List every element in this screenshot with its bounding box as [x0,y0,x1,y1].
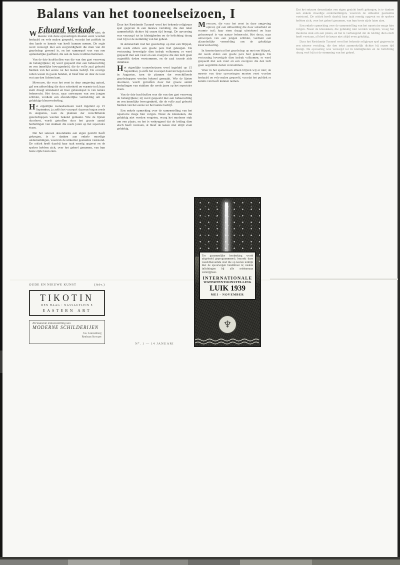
body-paragraph: Dat het seizoen desondanks een eigen gez… [29,131,105,153]
drop-cap: H [29,105,35,111]
adv-label: (Adv.) [94,283,105,287]
body-paragraph: Mevrouw, die voor het eerst in deze omge… [198,22,271,47]
ad-section-heading: OUDE EN NIEUWE KUNST [29,283,76,287]
body-paragraph: Van de drie hoofdrollen was die van den … [29,58,105,80]
drop-cap: H [117,66,123,72]
body-paragraph: Waar in het spelseizoen alleen blijven w… [198,69,271,83]
body-paragraph: Het eigenlijke tooneelseizoen werd ingel… [117,66,192,91]
body-paragraph: Van de drie hoofdrollen was die van den … [117,93,192,107]
scanned-newspaper-screenshot: Balans van het tooneelseizoen, I Eduard … [0,0,400,565]
body-paragraph: Dat het seizoen desondanks een eigen gez… [296,8,394,22]
paintings-ad-sig-line2: Renbaan Strooper [33,335,102,338]
drop-cap: M [198,22,206,28]
tikotin-ad-address: DEN HAAG : NASSAUPLEIN 8 [30,304,104,307]
liege-ad-title-line4: MEI - NOVEMBER [202,294,253,297]
paintings-ad: Permanente tentoonstelling van MODERNE S… [29,320,105,344]
scan-streak-right [270,279,398,281]
body-paragraph: Een enkele opmerking over de samenstelli… [296,24,394,38]
paintings-ad-signature: Jos. Lauwenberg Renbaan Strooper [33,332,102,339]
tikotin-ad: TIKOTIN DEN HAAG : NASSAUPLEIN 8 EASTERN… [29,290,105,316]
body-paragraph: In Amsterdam trad het gezelschap op met … [117,43,192,65]
page-edge-shadow [0,560,400,565]
liege-ad-text-panel: Ter gezamenlijke herdenking wordt uitgeb… [199,251,256,300]
body-paragraph: Mevrouw, die voor het eerst in deze omge… [29,81,105,103]
body-paragraph: Een enkele opmerking over de samenstelli… [117,109,192,131]
page-border-left [0,0,3,565]
body-paragraph: Waar in het spelseizoen alleen blijven w… [29,31,105,56]
tikotin-ad-subtitle: EASTERN ART [30,309,104,314]
article-column-3: Mevrouw, die voor het eerst in deze omge… [198,22,271,195]
article-column-4: Dat het seizoen desondanks een eigen gez… [296,8,394,192]
newspaper-page: Balans van het tooneelseizoen, I Eduard … [0,0,400,565]
liege-ad-title-line2: WATERTENTOONSTELLING [202,281,253,285]
page-footer: N°. 1 — 14 JANUARI [117,342,192,346]
drop-cap: W [29,31,37,37]
wave-lines-icon [195,338,260,346]
paintings-ad-line2: MODERNE SCHILDERIJEN [33,326,102,331]
ad-section-heading-row: OUDE EN NIEUWE KUNST (Adv.) [29,283,105,287]
liege-exhibition-ad: Ter gezamenlijke herdenking wordt uitgeb… [194,197,261,347]
body-paragraph: Door het Residentie Tooneel werd het bek… [296,40,394,54]
body-paragraph: Het eigenlijke tooneelseizoen werd ingel… [29,105,105,130]
page-title: Balans van het tooneelseizoen, I [37,6,236,22]
article-column-1: Waar in het spelseizoen alleen blijven w… [29,31,105,281]
liege-ad-title-line3: LUIK 1939 [202,285,253,294]
article-column-2: Door het Residentie Tooneel werd het bek… [117,23,192,339]
body-paragraph: In Amsterdam trad het gezelschap op met … [198,49,271,67]
liege-ad-body-text: Ter gezamenlijke herdenking wordt uitgeb… [202,254,253,274]
body-paragraph: Door het Residentie Tooneel werd het bek… [117,23,192,41]
page-border-top [0,0,400,2]
tikotin-ad-name: TIKOTIN [30,293,104,304]
trident-emblem-icon: ♆ [218,315,237,334]
